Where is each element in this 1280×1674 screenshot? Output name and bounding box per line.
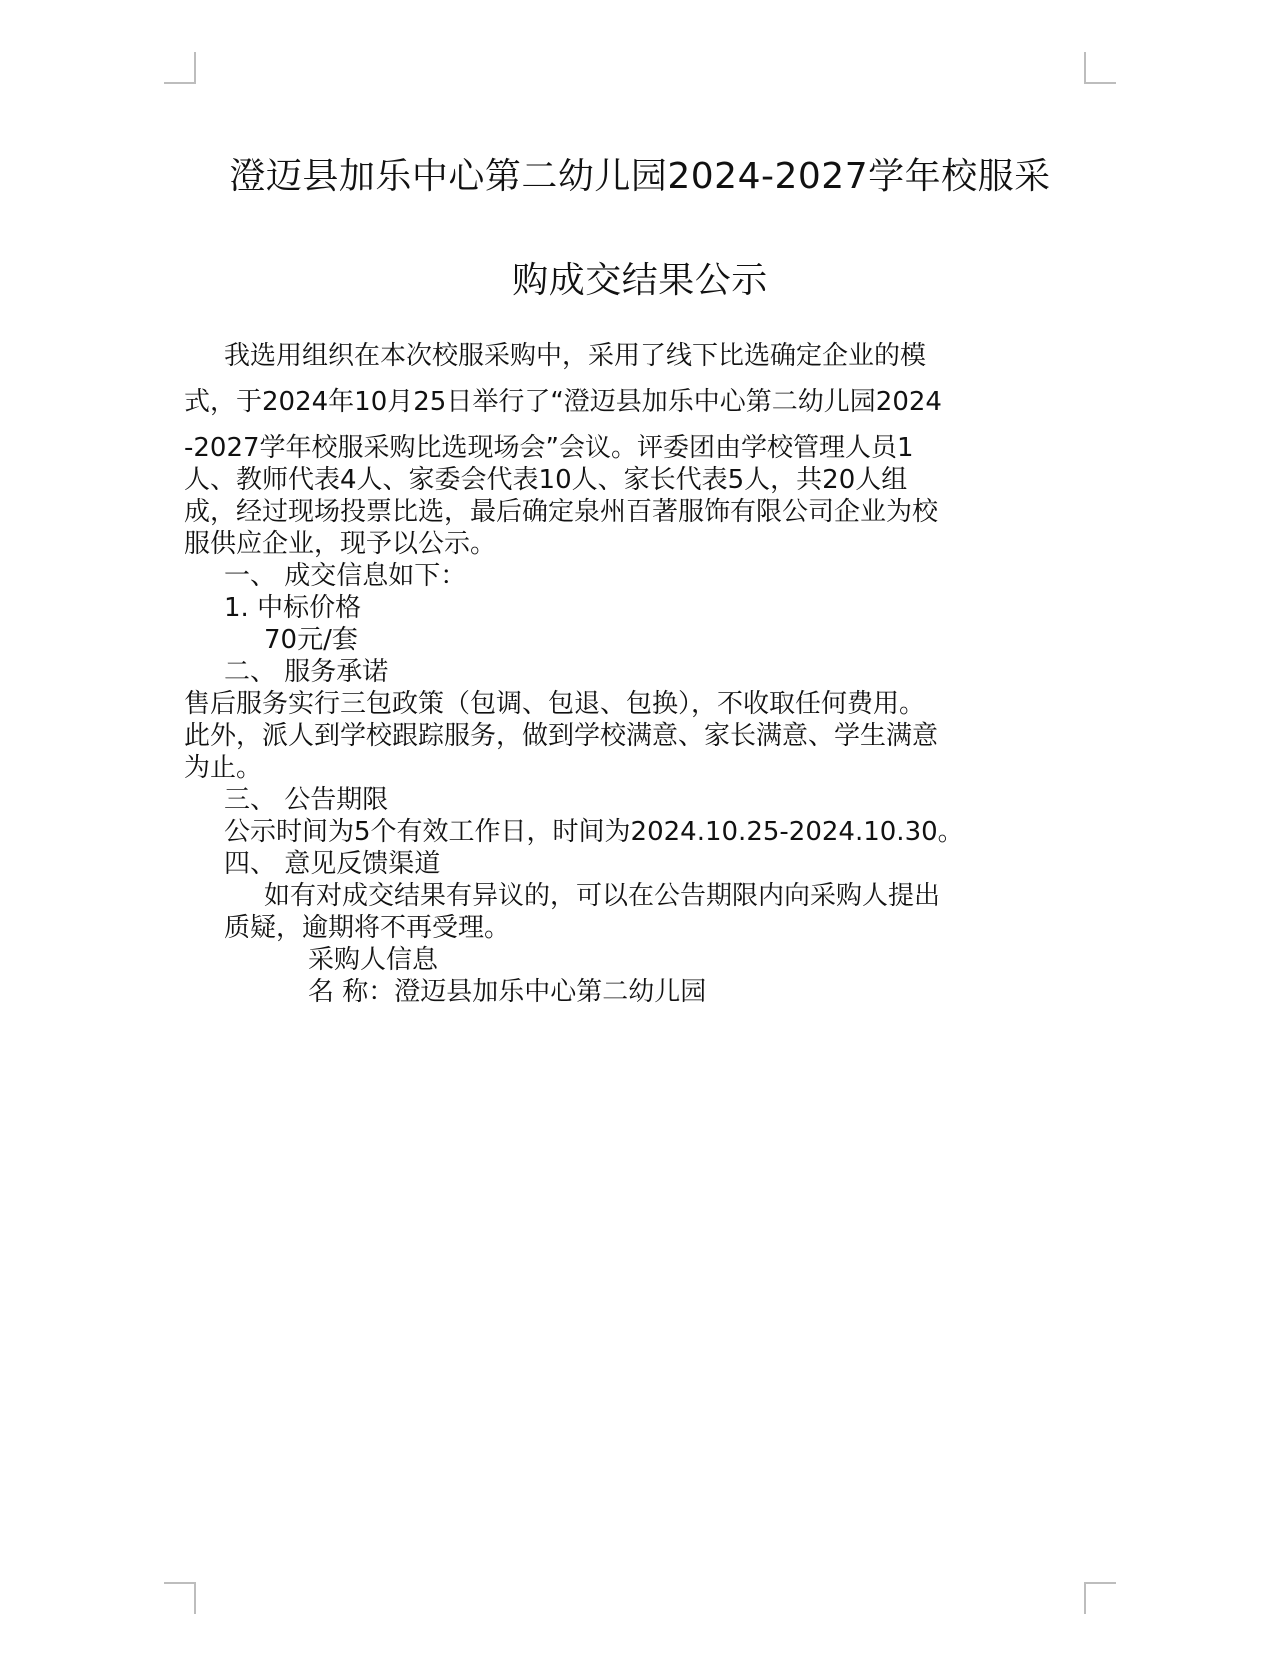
service-line-3: 为止。 bbox=[184, 752, 262, 784]
section-1-heading: 一、 成交信息如下： bbox=[224, 560, 466, 592]
winning-price-value: 70元/套 bbox=[264, 624, 358, 656]
intro-line-1: 我选用组织在本次校服采购中，采用了线下比选确定企业的模 bbox=[224, 340, 926, 372]
crop-mark-top-left bbox=[164, 52, 196, 84]
service-line-2: 此外，派人到学校跟踪服务，做到学校满意、家长满意、学生满意 bbox=[184, 720, 938, 752]
intro-line-6: 服供应企业，现予以公示。 bbox=[184, 528, 496, 560]
document-page: 澄迈县加乐中心第二幼儿园2024-2027学年校服采 购成交结果公示 我选用组织… bbox=[0, 0, 1280, 1674]
intro-line-3: -2027学年校服采购比选现场会”会议。评委团由学校管理人员1 bbox=[184, 432, 914, 464]
notice-period-text: 公示时间为5个有效工作日，时间为2024.10.25-2024.10.30。 bbox=[224, 816, 964, 848]
document-title-line-1: 澄迈县加乐中心第二幼儿园2024-2027学年校服采 bbox=[0, 148, 1280, 199]
intro-line-2: 式，于2024年10月25日举行了“澄迈县加乐中心第二幼儿园2024 bbox=[184, 386, 942, 418]
section-2-heading: 二、 服务承诺 bbox=[224, 656, 388, 688]
winning-price-label: 1. 中标价格 bbox=[224, 592, 361, 624]
crop-mark-bottom-right bbox=[1084, 1582, 1116, 1614]
intro-line-5: 成，经过现场投票比选，最后确定泉州百著服饰有限公司企业为校 bbox=[184, 496, 938, 528]
section-3-heading: 三、 公告期限 bbox=[224, 784, 388, 816]
intro-line-4: 人、教师代表4人、家委会代表10人、家长代表5人，共20人组 bbox=[184, 464, 907, 496]
crop-mark-top-right bbox=[1084, 52, 1116, 84]
service-line-1: 售后服务实行三包政策（包调、包退、包换），不收取任何费用。 bbox=[184, 688, 925, 720]
crop-mark-bottom-left bbox=[164, 1582, 196, 1614]
feedback-line-1: 如有对成交结果有异议的，可以在公告期限内向采购人提出 bbox=[264, 880, 940, 912]
document-title-line-2: 购成交结果公示 bbox=[0, 252, 1280, 303]
purchaser-name: 名 称：澄迈县加乐中心第二幼儿园 bbox=[308, 976, 706, 1008]
feedback-line-2: 质疑，逾期将不再受理。 bbox=[224, 912, 510, 944]
purchaser-info-heading: 采购人信息 bbox=[308, 944, 438, 976]
section-4-heading: 四、 意见反馈渠道 bbox=[224, 848, 440, 880]
